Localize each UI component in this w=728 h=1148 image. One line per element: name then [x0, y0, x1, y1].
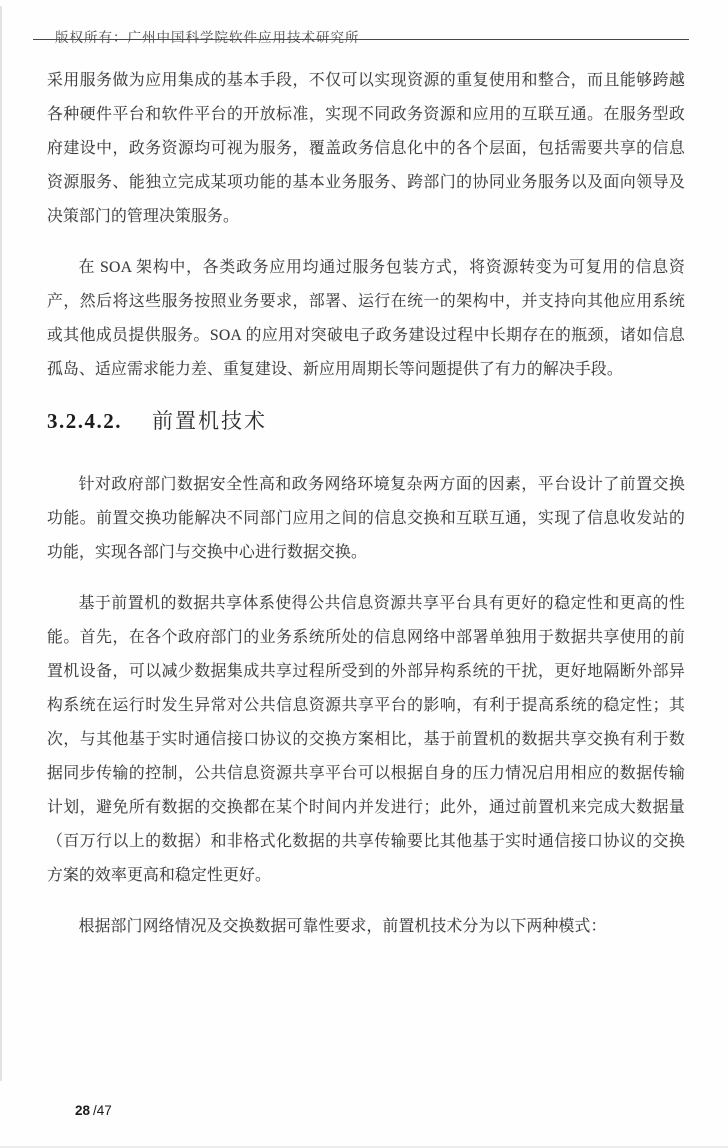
- page-number-total: /47: [93, 1103, 112, 1118]
- document-body: 采用服务做为应用集成的基本手段，不仅可以实现资源的重复使用和整合，而且能够跨越各…: [47, 64, 685, 944]
- page-number-current: 28: [75, 1103, 90, 1118]
- paragraph-soa-architecture: 在 SOA 架构中，各类政务应用均通过服务包装方式，将资源转变为可复用的信息资产…: [47, 251, 685, 387]
- paragraph-front-end-exchange: 针对政府部门数据安全性高和政务网络环境复杂两方面的因素，平台设计了前置交换功能。…: [47, 468, 685, 570]
- section-number: 3.2.4.2.: [47, 409, 122, 433]
- scan-artifact-left-edge: [0, 6, 2, 1081]
- paragraph-front-end-benefits: 基于前置机的数据共享体系使得公共信息资源共享平台具有更好的稳定性和更高的性能。首…: [47, 587, 685, 893]
- section-title: 前置机技术: [152, 409, 267, 433]
- section-heading: 3.2.4.2. 前置机技术: [47, 404, 685, 438]
- copyright-header: 版权所有：广州中国科学院软件应用技术研究所: [55, 26, 360, 46]
- paragraph-service-integration: 采用服务做为应用集成的基本手段，不仅可以实现资源的重复使用和整合，而且能够跨越各…: [47, 64, 685, 234]
- page-footer: 28/47: [75, 1103, 112, 1118]
- document-page: 版权所有：广州中国科学院软件应用技术研究所 采用服务做为应用集成的基本手段，不仅…: [0, 0, 728, 1148]
- paragraph-two-modes-intro: 根据部门网络情况及交换数据可靠性要求，前置机技术分为以下两种模式：: [47, 910, 685, 944]
